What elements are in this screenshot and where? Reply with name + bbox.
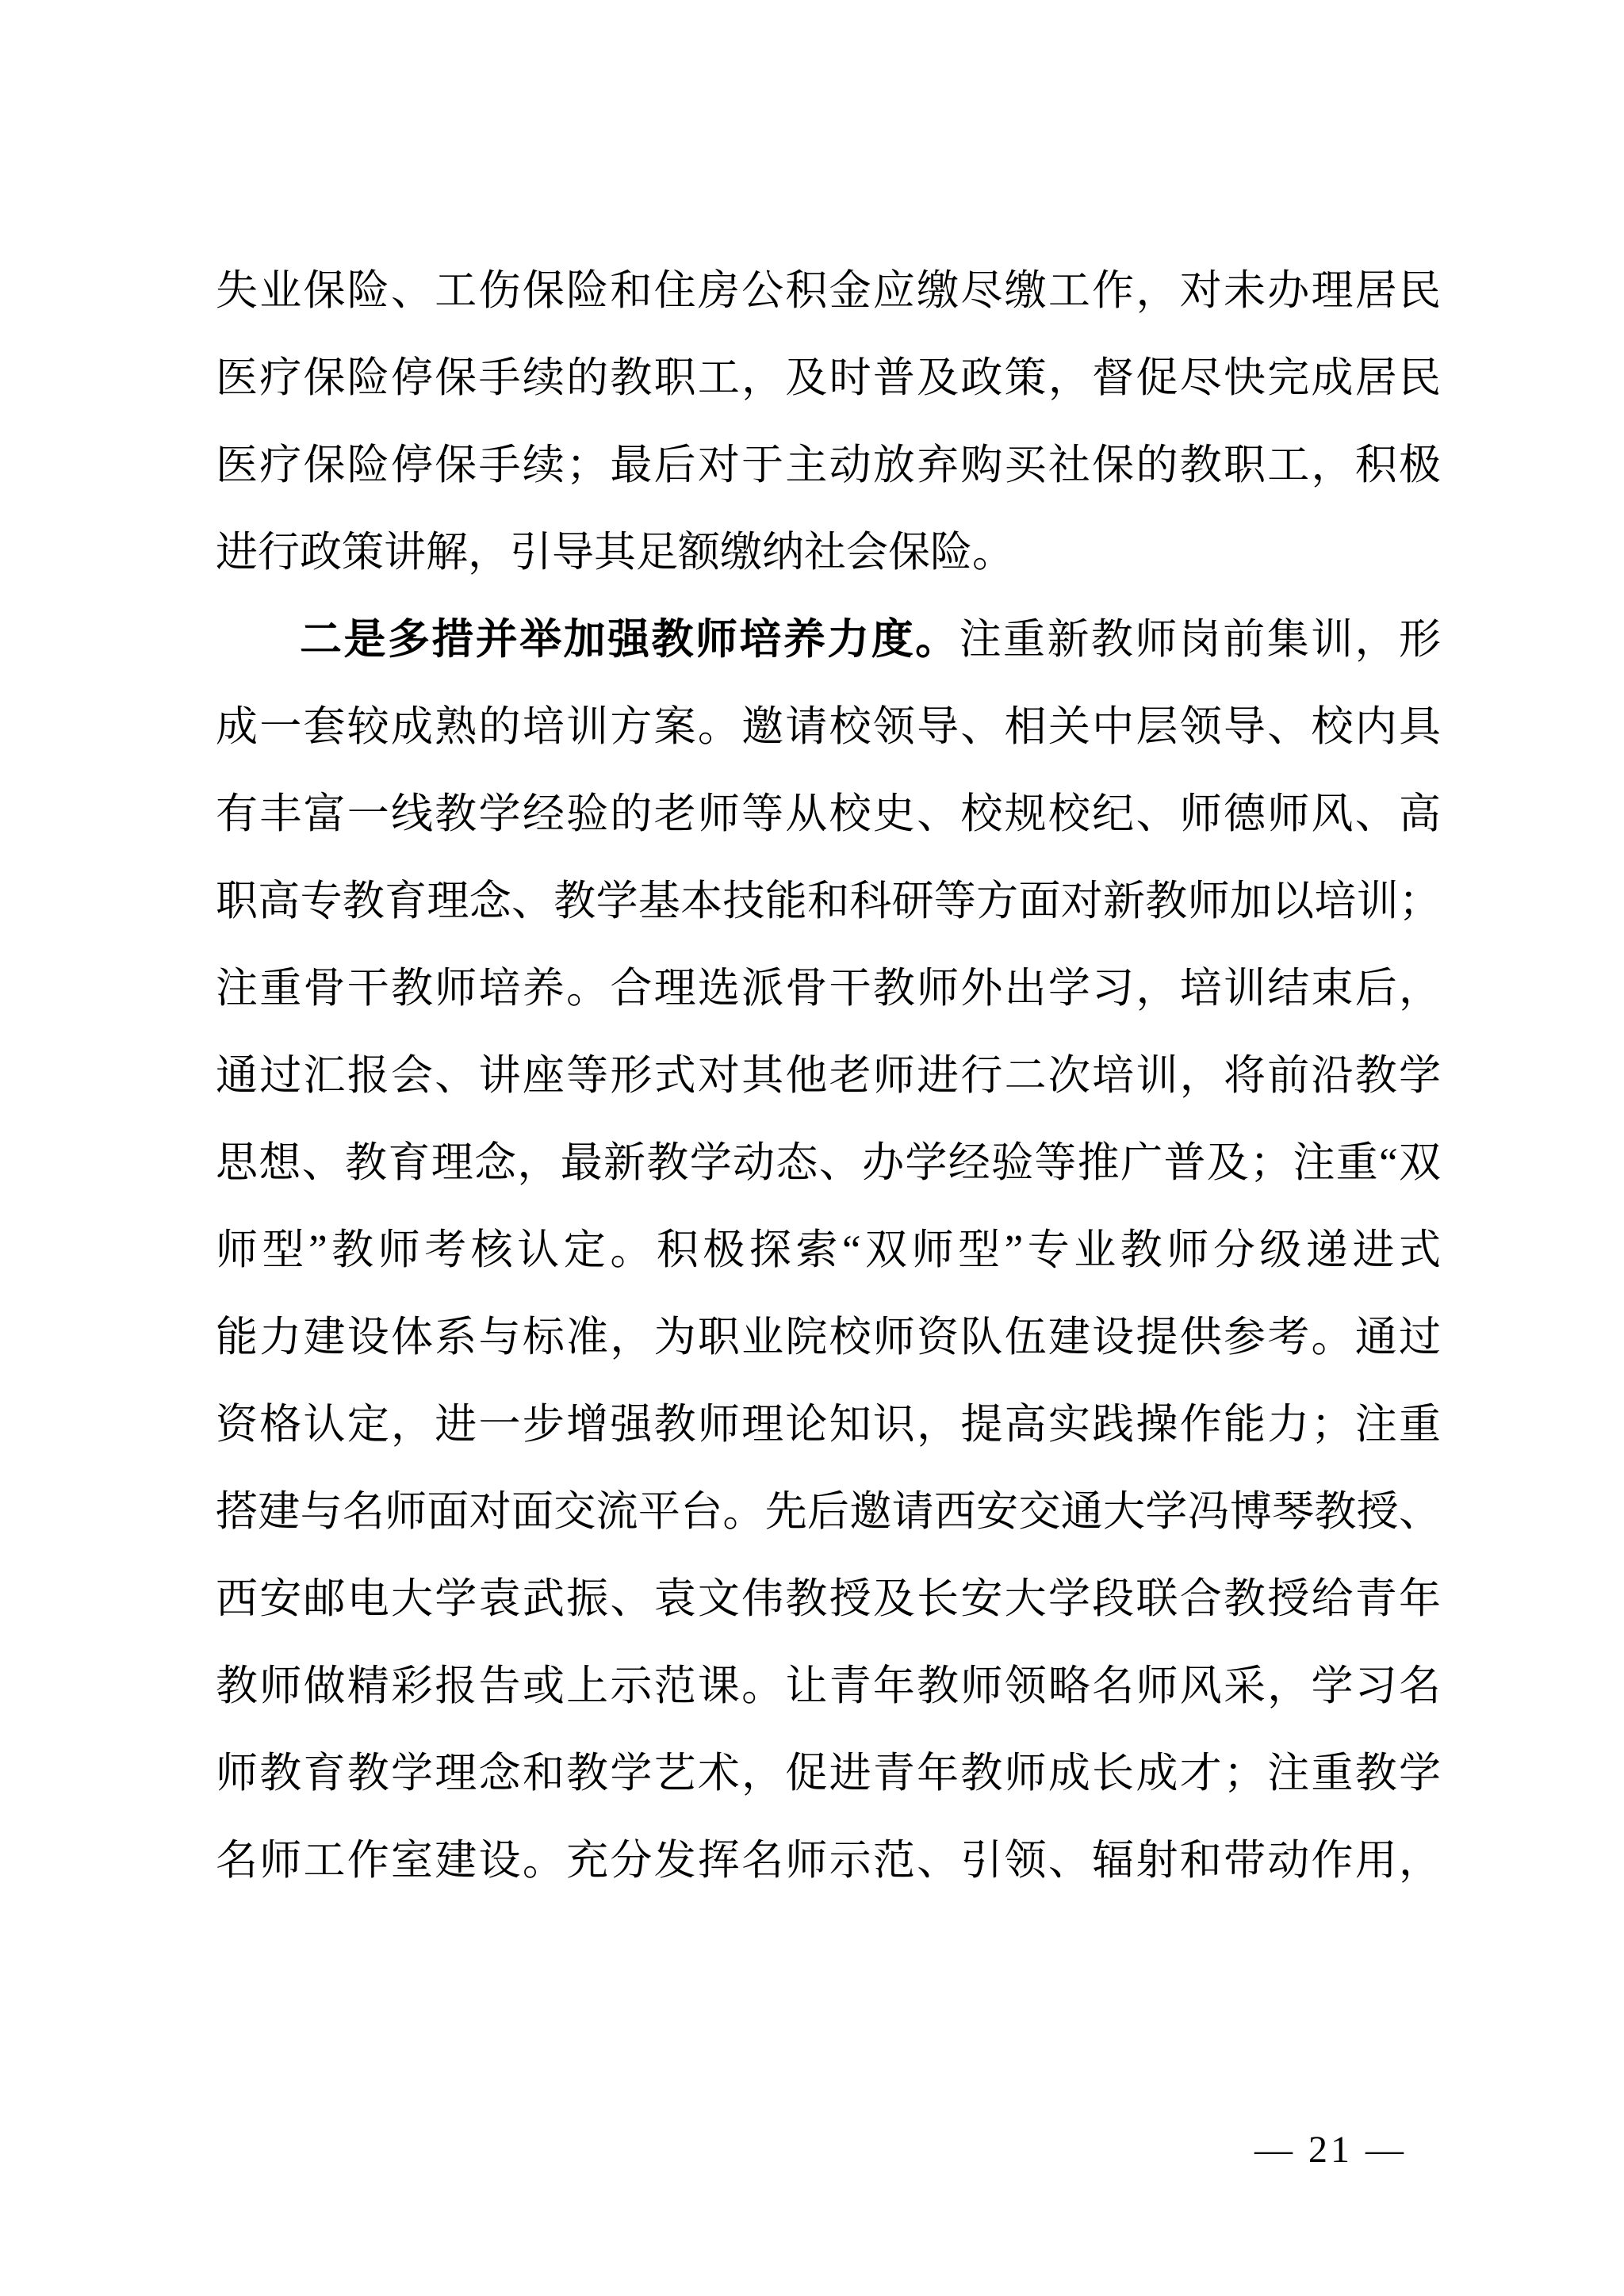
text-line: 进行政策讲解，引导其足额缴纳社会保险。: [216, 509, 1441, 596]
text-line: 医疗保险停保手续的教职工，及时普及政策，督促尽快完成居民: [216, 335, 1441, 422]
text-line: 思想、教育理念，最新教学动态、办学经验等推广普及；注重“双: [216, 1119, 1441, 1207]
text-line: 资格认定，进一步增强教师理论知识，提高实践操作能力；注重: [216, 1381, 1441, 1468]
document-page: 失业保险、工伤保险和住房公积金应缴尽缴工作，对未办理居民医疗保险停保手续的教职工…: [0, 0, 1624, 2296]
text-line: 医疗保险停保手续；最后对于主动放弃购买社保的教职工，积极: [216, 422, 1441, 509]
text-line: 搭建与名师面对面交流平台。先后邀请西安交通大学冯博琴教授、: [216, 1468, 1441, 1556]
text-line: 失业保险、工伤保险和住房公积金应缴尽缴工作，对未办理居民: [216, 247, 1441, 335]
page-number: — 21 —: [1254, 2126, 1407, 2174]
text-line: 通过汇报会、讲座等形式对其他老师进行二次培训，将前沿教学: [216, 1032, 1441, 1119]
text-line: 名师工作室建设。充分发挥名师示范、引领、辐射和带动作用，: [216, 1817, 1441, 1904]
text-line: 师型”教师考核认定。积极探索“双师型”专业教师分级递进式: [216, 1207, 1441, 1294]
text-line: 师教育教学理念和教学艺术，促进青年教师成长成才；注重教学: [216, 1730, 1441, 1817]
text-line: 成一套较成熟的培训方案。邀请校领导、相关中层领导、校内具: [216, 683, 1441, 771]
text-line: 二是多措并举加强教师培养力度。注重新教师岗前集训，形: [216, 596, 1441, 683]
text-line: 注重骨干教师培养。合理选派骨干教师外出学习，培训结束后，: [216, 945, 1441, 1032]
text-line: 有丰富一线教学经验的老师等从校史、校规校纪、师德师风、高: [216, 771, 1441, 858]
text-line: 职高专教育理念、教学基本技能和科研等方面对新教师加以培训；: [216, 858, 1441, 945]
text-line: 西安邮电大学袁武振、袁文伟教授及长安大学段联合教授给青年: [216, 1556, 1441, 1643]
body-text: 失业保险、工伤保险和住房公积金应缴尽缴工作，对未办理居民医疗保险停保手续的教职工…: [216, 247, 1441, 1904]
text-line: 教师做精彩报告或上示范课。让青年教师领略名师风采，学习名: [216, 1643, 1441, 1730]
body-text-segment: 注重新教师岗前集训，形: [959, 617, 1441, 663]
emphasis-bold-text: 二是多措并举加强教师培养力度。: [300, 617, 959, 663]
text-line: 能力建设体系与标准，为职业院校师资队伍建设提供参考。通过: [216, 1294, 1441, 1381]
